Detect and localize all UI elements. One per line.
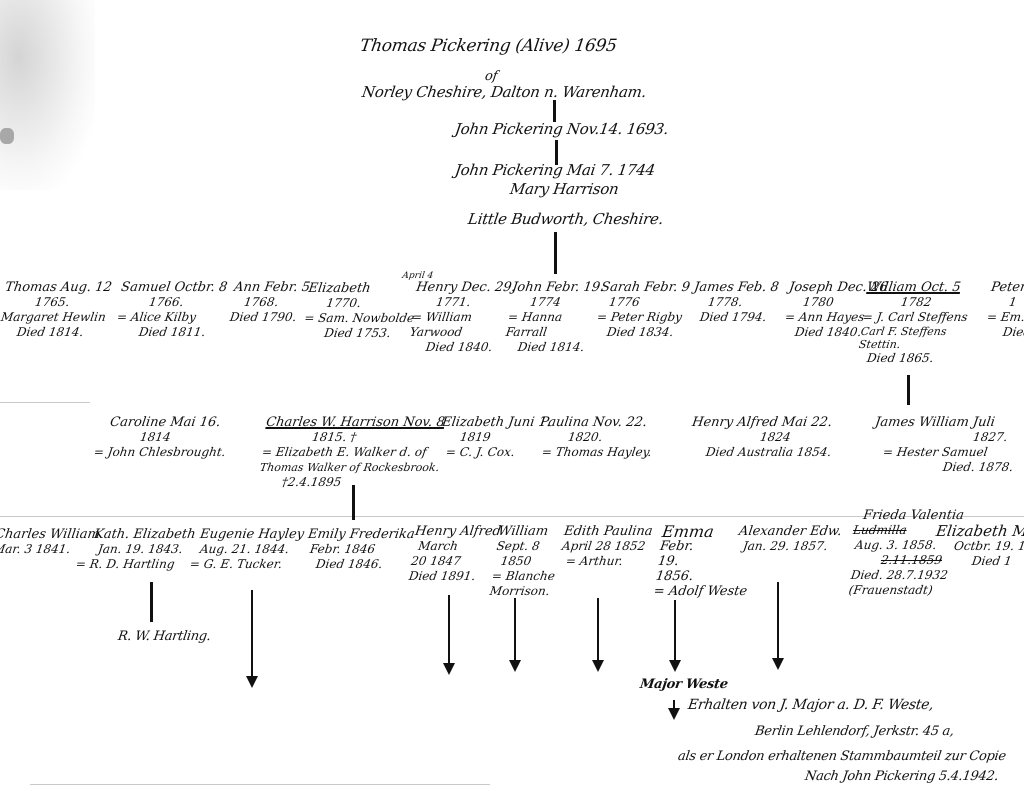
gen2-person-james-william: James William Juli 1827. = Hester Samuel… bbox=[868, 415, 1021, 475]
underlined-name: William Oct. 5 bbox=[866, 280, 962, 295]
header-line-2: of bbox=[484, 70, 498, 84]
paper-stain bbox=[0, 0, 95, 190]
tree-connector bbox=[553, 100, 556, 122]
footer-note-line-3: als er London erhaltenen Stammbaumteil z… bbox=[677, 750, 1007, 764]
descendant-major-weste: Major Weste bbox=[639, 678, 729, 692]
header-line-4: John Pickering Nov.14. 1693. bbox=[454, 122, 669, 138]
gen3-person-emily: Emily Frederika Febr. 1846 Died 1846. bbox=[303, 527, 416, 572]
gen1-person-ann: Ann Febr. 5 1768. Died 1790. bbox=[229, 280, 311, 325]
gen1-person-peter: Peter 1 = Em. Died bbox=[984, 280, 1024, 340]
gen1-person-sarah: Sarah Febr. 9 1776 = Peter Rigby Died 18… bbox=[594, 280, 691, 340]
underlined-name: Charles W. Harrison Nov. 8 bbox=[265, 415, 446, 430]
gen1-person-thomas: Thomas Aug. 12 1765. Margaret Hewlin Die… bbox=[0, 280, 113, 340]
tree-connector bbox=[554, 232, 557, 274]
gen3-person-charles-william: Charles William Mar. 3 1841. bbox=[0, 527, 101, 557]
gen1-person-william: William Oct. 5 1782 = J. Carl Steffens C… bbox=[856, 280, 973, 366]
header-line-3: Norley Cheshire, Dalton n. Warenham. bbox=[361, 85, 647, 101]
descendant-arrow bbox=[777, 582, 779, 668]
gen3-person-henry-alfred: Henry Alfred March 20 1847 Died 1891. bbox=[408, 524, 502, 584]
footer-note-line-4: Nach John Pickering 5.4.1942. bbox=[804, 770, 999, 784]
header-line-1: Thomas Pickering (Alive) 1695 bbox=[359, 38, 618, 56]
gen1-person-samuel: Samuel Octbr. 8 1766. = Alice Kilby Died… bbox=[114, 280, 229, 340]
gen3-person-william: William Sept. 8 1850 = Blanche Morrison. bbox=[489, 524, 570, 599]
descendant-arrow bbox=[673, 700, 675, 718]
footer-note-line-1: Erhalten von J. Major a. D. F. Weste, bbox=[687, 698, 934, 713]
gen3-person-alexander: Alexander Edw. Jan. 29. 1857. bbox=[736, 524, 843, 554]
header-line-5: John Pickering Mai 7. 1744 bbox=[454, 163, 656, 179]
gen3-person-kath-elizabeth: Kath. Elizabeth Jan. 19. 1843. = R. D. H… bbox=[89, 527, 197, 572]
tree-connector bbox=[907, 375, 910, 405]
gen3-person-edith: Edith Paulina April 28 1852 = Arthur. bbox=[559, 524, 654, 569]
descendant-rw-hartling: R. W. Hartling. bbox=[117, 630, 211, 644]
gen1-person-henry: Henry Dec. 29. 1771. = William Yarwood D… bbox=[407, 280, 517, 355]
divider-line bbox=[0, 402, 90, 403]
descendant-arrow bbox=[448, 595, 450, 673]
header-line-7: Little Budworth, Cheshire. bbox=[467, 212, 664, 228]
descendant-arrow bbox=[597, 598, 599, 670]
gen1-person-james: James Feb. 8 1778. Died 1794. bbox=[689, 280, 780, 325]
gen3-person-elizabeth-m: Elizabeth M. Octbr. 19. 1 Died 1 bbox=[931, 524, 1024, 569]
footer-note-line-2: Berlin Lehlendorf, Jerkstr. 45 a, bbox=[754, 725, 955, 739]
tree-connector bbox=[150, 582, 153, 622]
descendant-arrow bbox=[674, 600, 676, 670]
paper-stain-dot bbox=[0, 128, 14, 144]
gen3-person-eugenie: Eugenie Hayley Aug. 21. 1844. = G. E. Tu… bbox=[195, 527, 305, 572]
gen2-person-paulina: Paulina Nov. 22. 1820. = Thomas Hayley. bbox=[535, 415, 657, 460]
descendant-arrow bbox=[251, 590, 253, 686]
descendant-arrow bbox=[514, 598, 516, 670]
header-line-6: Mary Harrison bbox=[509, 182, 620, 198]
gen1-person-john: John Febr. 19. 1774 = Hanna Farrall Died… bbox=[503, 280, 606, 355]
divider-line bbox=[30, 784, 490, 785]
tree-connector bbox=[352, 485, 355, 520]
gen2-person-charles: Charles W. Harrison Nov. 8 1815. † = Eli… bbox=[257, 415, 447, 490]
gen2-person-henry-alfred: Henry Alfred Mai 22. 1824 Died Australia… bbox=[687, 415, 837, 460]
gen2-person-caroline: Caroline Mai 16. 1814 = John Chlesbrough… bbox=[105, 415, 231, 460]
